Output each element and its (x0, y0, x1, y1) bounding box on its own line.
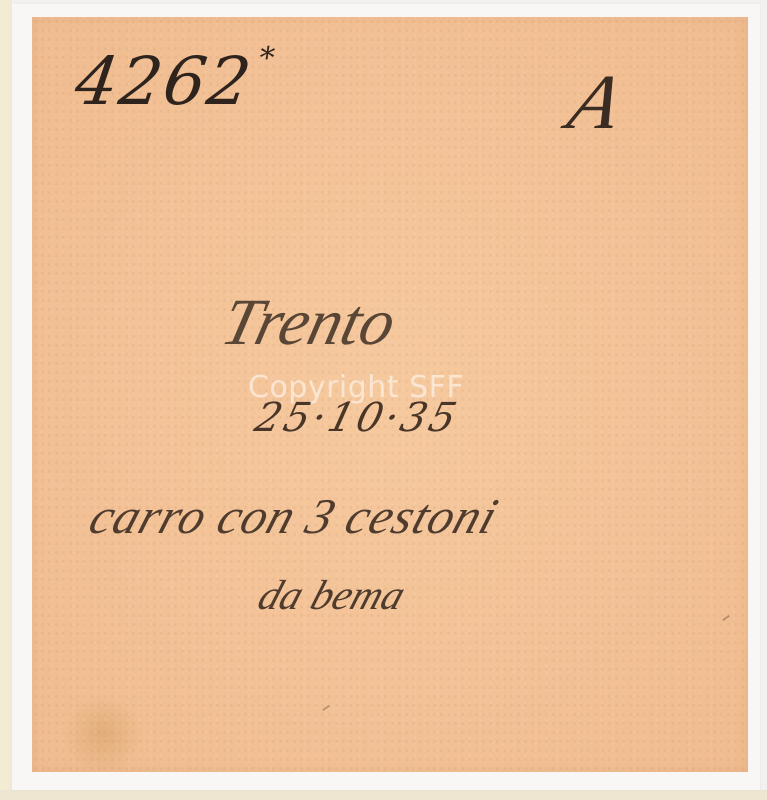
catalog-number: 4262* (71, 43, 279, 120)
viewpoint-note: da bema (252, 572, 411, 620)
description: carro con 3 cestoni (83, 487, 506, 545)
archive-card: 4262* A Trento 25·10·35 carro con 3 cest… (32, 17, 748, 772)
background-strip-bottom (0, 790, 767, 800)
paper-speck (722, 615, 730, 621)
document-photo: 4262* A Trento 25·10·35 carro con 3 cest… (0, 0, 767, 800)
date: 25·10·35 (250, 395, 464, 441)
place-name: Trento (215, 285, 404, 361)
background-strip-left (0, 0, 12, 800)
paper-speck (322, 705, 330, 711)
catalog-asterisk: * (257, 41, 279, 76)
series-letter: A (559, 57, 632, 147)
catalog-number-value: 4262 (71, 43, 258, 120)
